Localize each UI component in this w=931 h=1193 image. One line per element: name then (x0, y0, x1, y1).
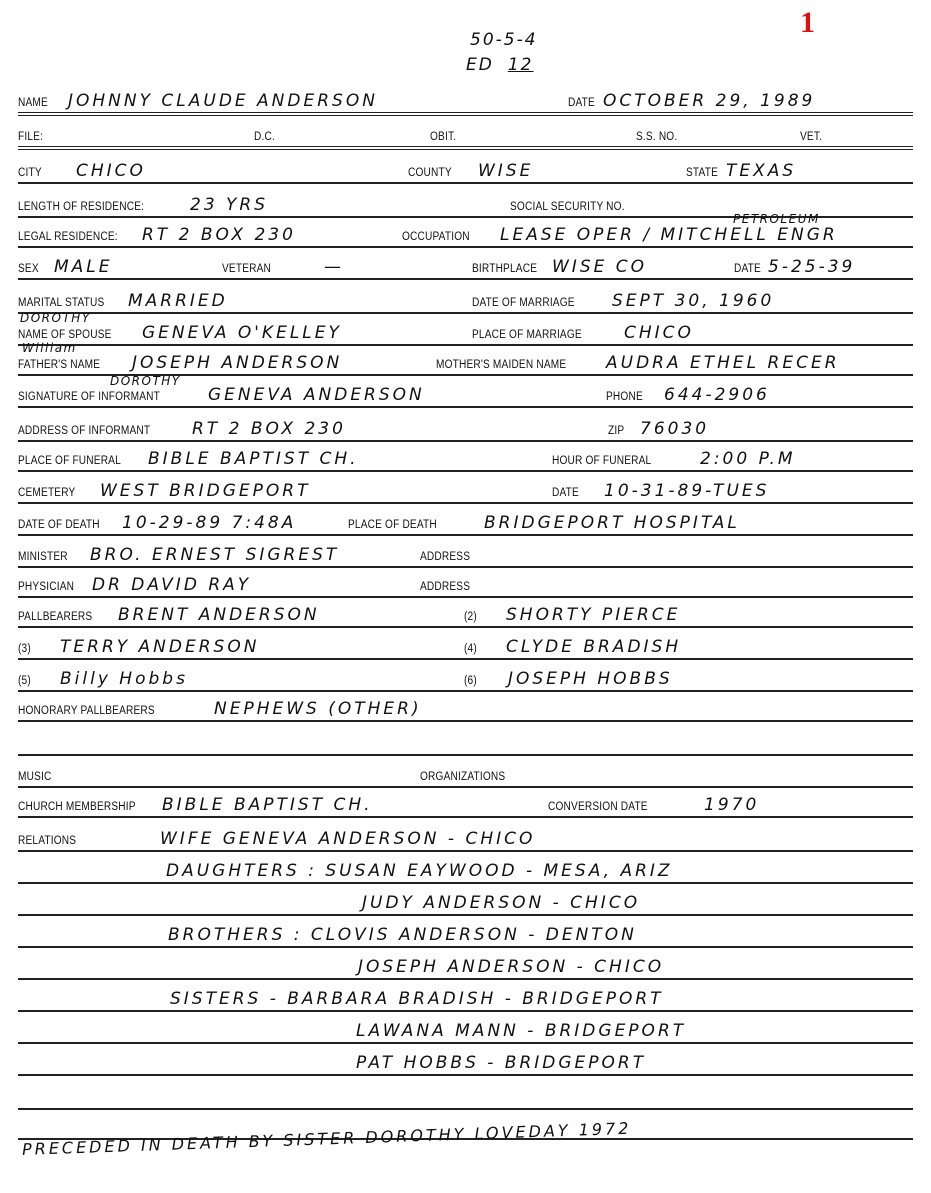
pallbearer-2-number: (2) (464, 611, 477, 623)
date-of-death-label: DATE OF DEATH (18, 519, 100, 531)
sex-label: SEX (18, 263, 39, 275)
relations-row-8: Pat Hobbs - Bridgeport (18, 1044, 913, 1076)
relation-line: Daughters : Susan Eaywood - Mesa, Ariz (166, 861, 673, 881)
mothers-maiden-name-label: MOTHER'S MAIDEN NAME (436, 359, 566, 371)
physician-address-label: ADDRESS (420, 581, 470, 593)
file-code-annotation: 50-5-4 (470, 30, 538, 50)
place-of-death-value: Bridgeport Hospital (484, 513, 740, 533)
social-security-label: SOCIAL SECURITY NO. (510, 201, 625, 213)
file-row: FILE: D.C. OBIT. S.S. NO. VET. (18, 118, 913, 150)
physician-value: Dr David Ray (92, 575, 251, 595)
conversion-date-label: CONVERSION DATE (548, 801, 648, 813)
pallbearer-5: Billy Hobbs (60, 669, 188, 689)
physician-label: PHYSICIAN (18, 581, 74, 593)
relations-label: RELATIONS (18, 835, 76, 847)
relation-line: Sisters - Barbara Bradish - Bridgeport (170, 989, 664, 1009)
signature-of-informant-label: SIGNATURE OF INFORMANT (18, 391, 160, 403)
blank-line-1 (18, 724, 913, 756)
pallbearers-row-2: (3) Terry Anderson (4) Clyde Bradish (18, 628, 913, 660)
county-value: Wise (478, 161, 533, 181)
place-of-funeral-label: PLACE OF FUNERAL (18, 455, 121, 467)
cemetery-label: CEMETERY (18, 487, 75, 499)
funeral-date-label: DATE (552, 487, 579, 499)
dc-label: D.C. (254, 131, 275, 143)
phone-value: 644-2906 (664, 385, 770, 405)
name-value: Johnny Claude Anderson (68, 91, 378, 111)
pallbearer-3: Terry Anderson (60, 637, 259, 657)
pallbearer-6: Joseph Hobbs (508, 669, 673, 689)
fathers-name-value: Joseph Anderson (132, 353, 342, 373)
pallbearers-row-1: PALLBEARERS Brent Anderson (2) Shorty Pi… (18, 596, 913, 628)
funeral-date-value: 10-31-89-Tues (604, 481, 769, 501)
honorary-pallbearers-row: HONORARY PALLBEARERS Nephews (Other) (18, 690, 913, 722)
zip-value: 76030 (640, 419, 709, 439)
church-membership-value: Bible Baptist Ch. (162, 795, 373, 815)
ed-label: ED (466, 55, 494, 75)
pallbearer-5-number: (5) (18, 675, 31, 687)
minister-address-label: ADDRESS (420, 551, 470, 563)
relations-row-7: Lawana Mann - Bridgeport (18, 1012, 913, 1044)
name-of-spouse-label: NAME OF SPOUSE (18, 329, 112, 341)
relations-row-2: Daughters : Susan Eaywood - Mesa, Ariz (18, 852, 913, 884)
page-number: 1 (800, 6, 815, 40)
date-value: October 29, 1989 (603, 91, 815, 111)
state-value: Texas (726, 161, 796, 181)
relations-row-3: Judy Anderson - Chico (18, 884, 913, 916)
name-of-spouse-value: Geneva O'Kelley (142, 323, 342, 343)
relation-line: Judy Anderson - Chico (362, 893, 640, 913)
occupation-value: Lease Oper / Mitchell Engr (500, 225, 838, 245)
father-insert: William (22, 341, 77, 355)
city-label: CITY (18, 167, 42, 179)
relation-line: Joseph Anderson - Chico (358, 957, 664, 977)
address-of-informant-label: ADDRESS OF INFORMANT (18, 425, 150, 437)
pallbearer-4-number: (4) (464, 643, 477, 655)
ed-annotation: ED12 (466, 55, 539, 75)
zip-label: ZIP (608, 425, 624, 437)
minister-label: MINISTER (18, 551, 68, 563)
relations-row-6: Sisters - Barbara Bradish - Bridgeport (18, 980, 913, 1012)
veteran-value: — (324, 257, 344, 277)
relations-row-1: RELATIONS Wife Geneva Anderson - Chico (18, 820, 913, 852)
pallbearers-row-3: (5) Billy Hobbs (6) Joseph Hobbs (18, 660, 913, 692)
pallbearer-1: Brent Anderson (118, 605, 320, 625)
informant-address-row: ADDRESS OF INFORMANT Rt 2 Box 230 ZIP 76… (18, 410, 913, 442)
funeral-record-form: 1 50-5-4 ED12 NAME Johnny Claude Anderso… (0, 0, 931, 1193)
name-row: NAME Johnny Claude Anderson DATE October… (18, 82, 913, 116)
sex-value: Male (54, 257, 113, 277)
relations-row-5: Joseph Anderson - Chico (18, 948, 913, 980)
legal-residence-row: LEGAL RESIDENCE: Rt 2 Box 230 OCCUPATION… (18, 216, 913, 248)
file-label: FILE: (18, 131, 43, 143)
address-of-informant-value: Rt 2 Box 230 (192, 419, 346, 439)
death-row: DATE OF DEATH 10-29-89 7:48A PLACE OF DE… (18, 504, 913, 536)
date-of-marriage-label: DATE OF MARRIAGE (472, 297, 575, 309)
obit-label: OBIT. (430, 131, 456, 143)
honorary-pallbearers-label: HONORARY PALLBEARERS (18, 705, 155, 717)
pallbearer-3-number: (3) (18, 643, 31, 655)
marital-status-value: Married (128, 291, 228, 311)
birthplace-label: BIRTHPLACE (472, 263, 537, 275)
phone-label: PHONE (606, 391, 643, 403)
state-label: STATE (686, 167, 718, 179)
relations-row-4: Brothers : Clovis Anderson - Denton (18, 916, 913, 948)
music-label: MUSIC (18, 771, 51, 783)
pallbearer-2: Shorty Pierce (506, 605, 680, 625)
name-label: NAME (18, 97, 48, 109)
sex-row: SEX Male VETERAN — BIRTHPLACE Wise Co DA… (18, 248, 913, 280)
legal-residence-value: Rt 2 Box 230 (142, 225, 296, 245)
pallbearer-6-number: (6) (464, 675, 477, 687)
place-of-marriage-label: PLACE OF MARRIAGE (472, 329, 582, 341)
date-of-death-value: 10-29-89 7:48A (122, 513, 296, 533)
relation-line: Pat Hobbs - Bridgeport (356, 1053, 646, 1073)
informant-insert: Dorothy (110, 374, 181, 388)
cemetery-value: West Bridgeport (100, 481, 310, 501)
pallbearers-label: PALLBEARERS (18, 611, 92, 623)
funeral-place-row: PLACE OF FUNERAL Bible Baptist Ch. HOUR … (18, 440, 913, 472)
cemetery-row: CEMETERY West Bridgeport DATE 10-31-89-T… (18, 472, 913, 504)
physician-row: PHYSICIAN Dr David Ray ADDRESS (18, 566, 913, 598)
minister-value: Bro. Ernest Sigrest (90, 545, 339, 565)
informant-row: Dorothy SIGNATURE OF INFORMANT Geneva An… (18, 376, 913, 408)
place-of-marriage-value: Chico (624, 323, 694, 343)
blank-line-2 (18, 1078, 913, 1110)
ss-no-label: S.S. NO. (636, 131, 677, 143)
fathers-name-label: FATHER'S NAME (18, 359, 100, 371)
hour-of-funeral-value: 2:00 P.M (700, 449, 796, 469)
marital-status-row: MARITAL STATUS Married DATE OF MARRIAGE … (18, 282, 913, 314)
honorary-pallbearers-value: Nephews (Other) (214, 699, 422, 719)
relation-line: Lawana Mann - Bridgeport (356, 1021, 686, 1041)
birthplace-value: Wise Co (552, 257, 647, 277)
veteran-label: VETERAN (222, 263, 271, 275)
city-row: CITY Chico COUNTY Wise STATE Texas (18, 152, 913, 184)
minister-row: MINISTER Bro. Ernest Sigrest ADDRESS (18, 536, 913, 568)
place-of-funeral-value: Bible Baptist Ch. (148, 449, 359, 469)
length-of-residence-value: 23 yrs (190, 195, 268, 215)
relation-line: Wife Geneva Anderson - Chico (160, 829, 535, 849)
date-label: DATE (568, 97, 595, 109)
church-membership-label: CHURCH MEMBERSHIP (18, 801, 136, 813)
length-of-residence-label: LENGTH OF RESIDENCE: (18, 201, 144, 213)
date-of-marriage-value: Sept 30, 1960 (612, 291, 774, 311)
organizations-label: ORGANIZATIONS (420, 771, 505, 783)
hour-of-funeral-label: HOUR OF FUNERAL (552, 455, 651, 467)
marital-status-label: MARITAL STATUS (18, 297, 104, 309)
occupation-label: OCCUPATION (402, 231, 470, 243)
church-row: CHURCH MEMBERSHIP Bible Baptist Ch. CONV… (18, 786, 913, 818)
vet-label: VET. (800, 131, 822, 143)
legal-residence-label: LEGAL RESIDENCE: (18, 231, 118, 243)
ed-value: 12 (494, 55, 540, 75)
occupation-insert: Petroleum (733, 212, 820, 226)
county-label: COUNTY (408, 167, 452, 179)
parents-row: William FATHER'S NAME Joseph Anderson MO… (18, 344, 913, 376)
spouse-insert: Dorothy (20, 311, 91, 325)
conversion-date-value: 1970 (704, 795, 759, 815)
music-row: MUSIC ORGANIZATIONS (18, 756, 913, 788)
signature-of-informant-value: Geneva Anderson (208, 385, 425, 405)
birth-date-label: DATE (734, 263, 761, 275)
spouse-row: Dorothy NAME OF SPOUSE Geneva O'Kelley P… (18, 314, 913, 346)
pallbearer-4: Clyde Bradish (506, 637, 681, 657)
birth-date-value: 5-25-39 (768, 257, 855, 277)
place-of-death-label: PLACE OF DEATH (348, 519, 437, 531)
mothers-maiden-name-value: Audra Ethel Recer (606, 353, 840, 373)
relation-line: Brothers : Clovis Anderson - Denton (168, 925, 637, 945)
city-value: Chico (76, 161, 146, 181)
